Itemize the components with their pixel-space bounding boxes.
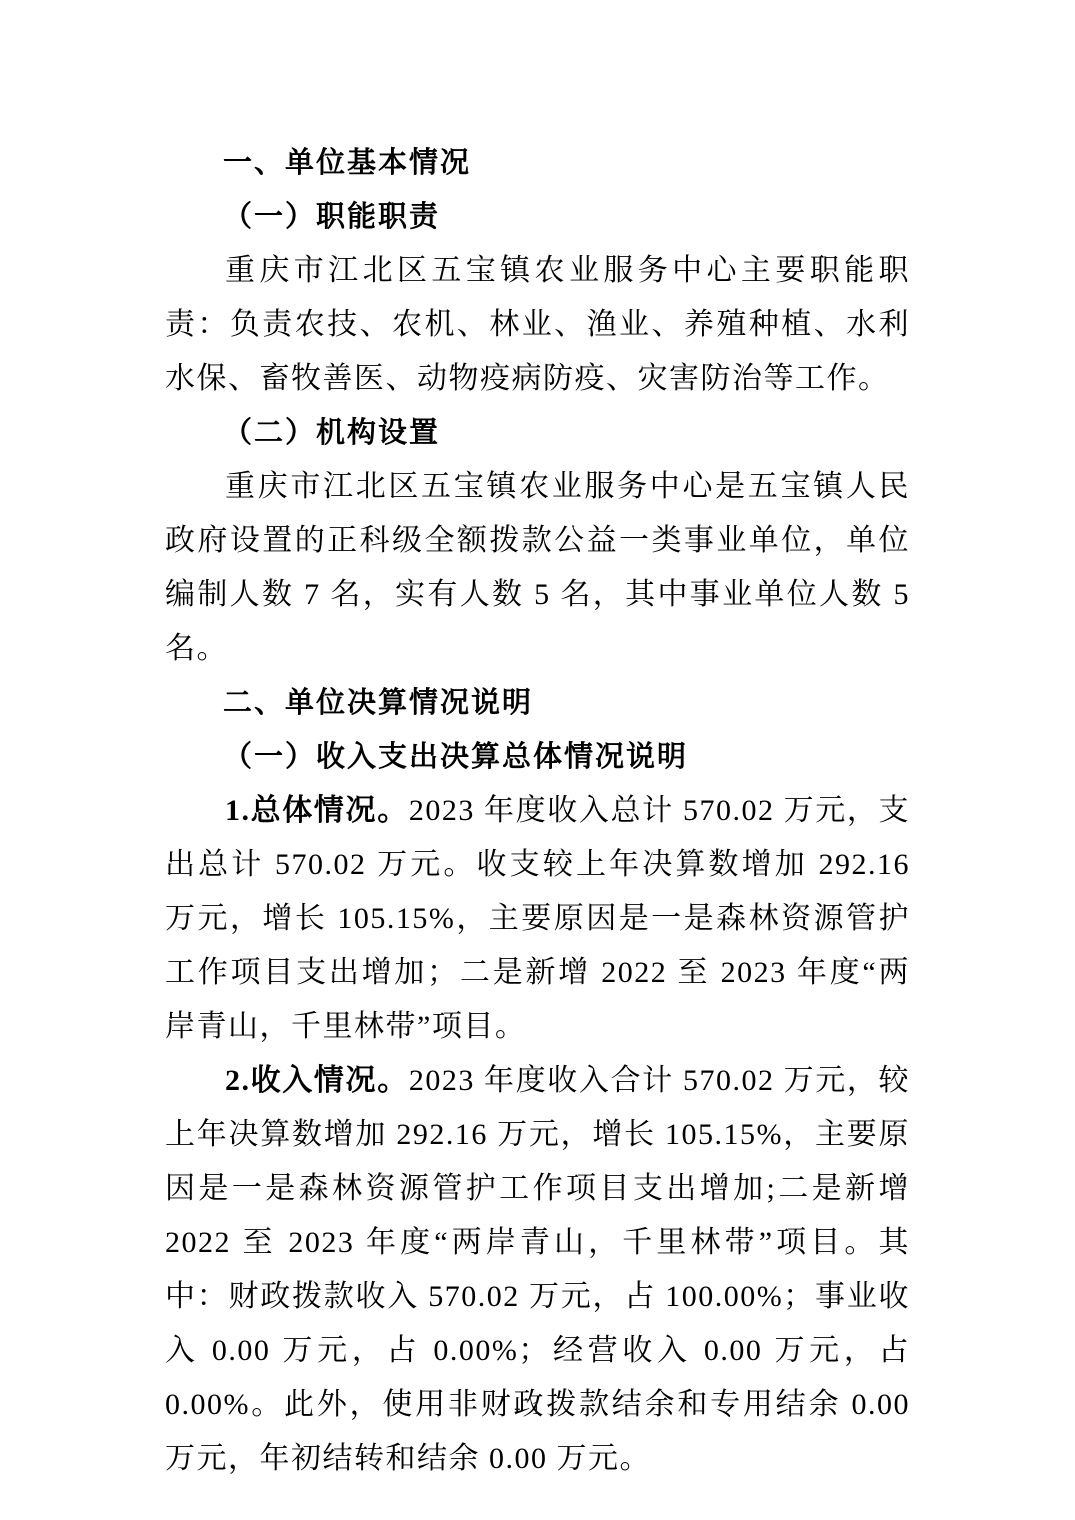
heading-unit-basic-info: 一、单位基本情况 [165, 136, 910, 190]
paragraph-org-setup: 重庆市江北区五宝镇农业服务中心是五宝镇人民政府设置的正科级全额拨款公益一类事业单… [165, 460, 910, 676]
document-content: 一、单位基本情况 （一）职能职责 重庆市江北区五宝镇农业服务中心主要职能职责：负… [165, 136, 910, 1486]
paragraph-income-situation: 2.收入情况。2023 年度收入合计 570.02 万元，较上年决算数增加 29… [165, 1054, 910, 1486]
heading-duties: （一）职能职责 [165, 190, 910, 244]
heading-org-setup: （二）机构设置 [165, 406, 910, 460]
paragraph-overall-lead: 1.总体情况。 [225, 794, 409, 827]
heading-income-expense-overview: （一）收入支出决算总体情况说明 [165, 730, 910, 784]
heading-final-accounts: 二、单位决算情况说明 [165, 676, 910, 730]
paragraph-duties: 重庆市江北区五宝镇农业服务中心主要职能职责：负责农技、农机、林业、渔业、养殖种植… [165, 244, 910, 406]
paragraph-overall-situation: 1.总体情况。2023 年度收入总计 570.02 万元，支出总计 570.02… [165, 784, 910, 1054]
paragraph-overall-text: 2023 年度收入总计 570.02 万元，支出总计 570.02 万元。收支较… [165, 794, 910, 1043]
page-number: - 1 - [0, 1398, 1075, 1420]
document-page: 一、单位基本情况 （一）职能职责 重庆市江北区五宝镇农业服务中心主要职能职责：负… [0, 0, 1075, 1520]
paragraph-income-lead: 2.收入情况。 [225, 1064, 409, 1097]
